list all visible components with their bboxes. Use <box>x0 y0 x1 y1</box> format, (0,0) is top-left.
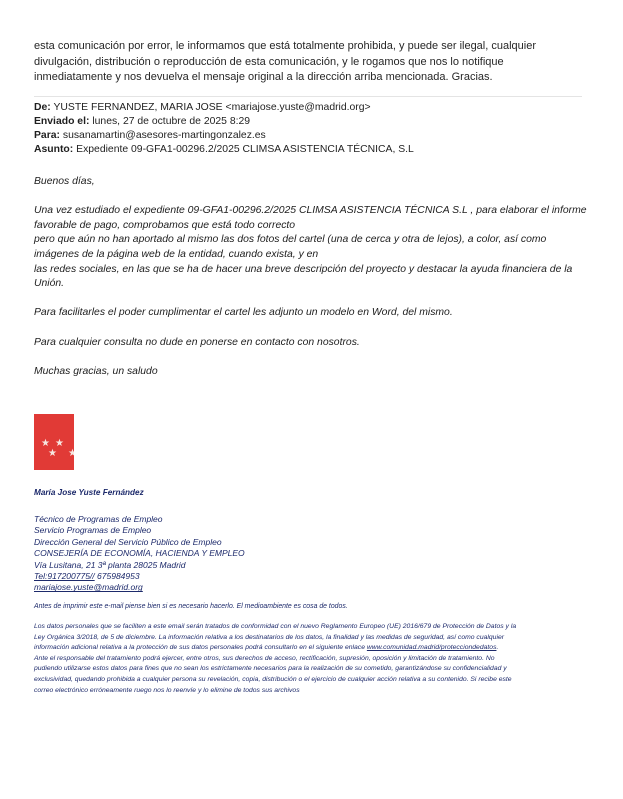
legal-line-text: . <box>496 644 498 651</box>
star-icon: ★ <box>68 449 74 459</box>
disclaimer-line: inmediatamente y nos devuelva el mensaje… <box>34 70 594 86</box>
disclaimer-line: divulgación, distribución o reproducción… <box>34 55 594 71</box>
closing: Muchas gracias, un saludo <box>34 365 594 380</box>
body-line: favorable de pago, comprobamos que está … <box>34 219 594 234</box>
signature-directorate: Dirección General del Servicio Público d… <box>34 537 245 548</box>
data-protection-notice: Los datos personales que se faciliten a … <box>34 622 594 696</box>
legal-line: pudiendo utilizarse estos datos para fin… <box>34 664 594 675</box>
email-body: Buenos días, Una vez estudiado el expedi… <box>34 175 594 379</box>
from-row: De: YUSTE FERNANDEZ, MARIA JOSE <mariajo… <box>34 101 594 115</box>
signature-name: María Jose Yuste Fernández <box>34 488 144 497</box>
body-paragraph: Para cualquier consulta no dude en poner… <box>34 336 594 351</box>
legal-line: exclusividad, quedando prohibida a cualq… <box>34 675 594 686</box>
disclaimer-line: esta comunicación por error, le informam… <box>34 39 594 55</box>
from-value: YUSTE FERNANDEZ, MARIA JOSE <mariajose.y… <box>53 102 370 113</box>
to-value: susanamartin@asesores-martingonzalez.es <box>63 130 266 141</box>
eco-notice: Antes de imprimir este e-mail piense bie… <box>34 603 348 610</box>
email-link[interactable]: mariajose.yuste@madrid.org <box>34 582 143 592</box>
legal-line: correo electrónico erróneamente ruego no… <box>34 686 594 697</box>
sent-label: Enviado el: <box>34 116 89 127</box>
confidentiality-disclaimer: esta comunicación por error, le informam… <box>34 39 594 86</box>
body-line: Unión. <box>34 277 594 292</box>
signature-phone: Tel:917200775// 675984953 <box>34 571 245 582</box>
body-line: Una vez estudiado el expediente 09-GFA1-… <box>34 204 594 219</box>
body-paragraph: Para facilitarles el poder cumplimentar … <box>34 306 594 321</box>
to-label: Para: <box>34 130 60 141</box>
phone-extra: 675984953 <box>95 571 140 581</box>
legal-line: Los datos personales que se faciliten a … <box>34 622 594 633</box>
signature-block: Técnico de Programas de Empleo Servicio … <box>34 514 245 594</box>
email-header: De: YUSTE FERNANDEZ, MARIA JOSE <mariajo… <box>34 101 594 157</box>
data-protection-link[interactable]: www.comunidad.madrid/protecciondedatos <box>367 644 497 651</box>
sent-row: Enviado el: lunes, 27 de octubre de 2025… <box>34 115 594 129</box>
subject-value: Expediente 09-GFA1-00296.2/2025 CLIMSA A… <box>76 144 414 155</box>
header-divider <box>34 96 582 97</box>
body-line: las redes sociales, en las que se ha de … <box>34 263 594 278</box>
legal-line-text: información adicional relativa a la prot… <box>34 644 367 651</box>
signature-service: Servicio Programas de Empleo <box>34 525 245 536</box>
from-label: De: <box>34 102 51 113</box>
legal-line: información adicional relativa a la prot… <box>34 643 594 654</box>
body-line: pero que aún no han aportado al mismo la… <box>34 233 594 248</box>
signature-email: mariajose.yuste@madrid.org <box>34 582 245 593</box>
to-row: Para: susanamartin@asesores-martingonzal… <box>34 129 594 143</box>
subject-label: Asunto: <box>34 144 73 155</box>
body-line: imágenes de la página web de la entidad,… <box>34 248 594 263</box>
greeting: Buenos días, <box>34 175 594 190</box>
sent-value: lunes, 27 de octubre de 2025 8:29 <box>92 116 250 127</box>
signature-address: Vía Lusitana, 21 3ª planta 28025 Madrid <box>34 560 245 571</box>
signature-department: CONSEJERÍA DE ECONOMÍA, HACIENDA Y EMPLE… <box>34 548 245 559</box>
star-icon: ★ <box>48 449 57 459</box>
comunidad-de-madrid-flag-icon: ★ ★ ★ ★ <box>34 414 74 470</box>
subject-row: Asunto: Expediente 09-GFA1-00296.2/2025 … <box>34 143 594 157</box>
legal-line: Ante el responsable del tratamiento podr… <box>34 654 594 665</box>
signature-position: Técnico de Programas de Empleo <box>34 514 245 525</box>
legal-line: Ley Orgánica 3/2018, de 5 de diciembre. … <box>34 633 594 644</box>
email-printout-page: esta comunicación por error, le informam… <box>0 0 623 799</box>
phone-link[interactable]: Tel:917200775// <box>34 571 95 581</box>
